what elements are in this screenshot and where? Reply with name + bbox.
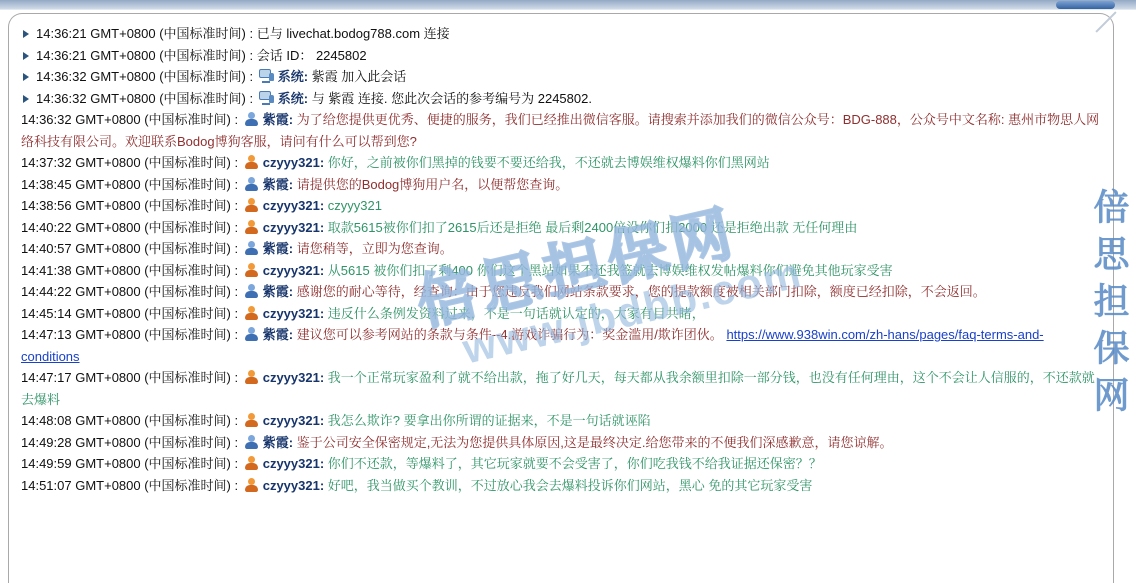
monitor-base-shape	[262, 81, 270, 83]
person-head-shape	[248, 155, 255, 162]
timestamp: 14:40:22 GMT+0800 (中国标准时间) :	[21, 220, 242, 235]
window-top-edge	[0, 0, 1136, 10]
person-body-shape	[245, 313, 258, 320]
horizontal-scrollbar-thumb[interactable]	[1056, 1, 1115, 9]
timestamp: 14:36:32 GMT+0800 (中国标准时间) :	[36, 91, 257, 106]
message-text: 建议您可以参考网站的条款与条件--4.游戏诈骗行为：奖金滥用/欺诈团伙。	[297, 327, 723, 342]
sender-name: 紫霞:	[263, 241, 293, 256]
person-head-shape	[248, 241, 255, 248]
chat-message-row: 14:40:57 GMT+0800 (中国标准时间) : 紫霞: 请您稍等，立即…	[21, 238, 1101, 260]
message-text: 你好，之前被你们黑掉的钱要不要还给我，不还就去博娱维权爆料你们黑网站	[328, 155, 770, 170]
chat-message-row: 14:48:08 GMT+0800 (中国标准时间) : czyyy321: 我…	[21, 410, 1101, 432]
person-body-shape	[245, 184, 258, 191]
person-body-shape	[245, 485, 258, 492]
timestamp: 14:41:38 GMT+0800 (中国标准时间) :	[21, 263, 242, 278]
system-icon	[259, 69, 274, 83]
agent-user-icon	[244, 435, 259, 449]
visitor-user-icon	[244, 198, 259, 212]
timestamp: 14:36:21 GMT+0800 (中国标准时间) :	[36, 48, 257, 63]
visitor-user-icon	[244, 456, 259, 470]
sender-name: 系统:	[278, 69, 308, 84]
sender-name: 紫霞:	[263, 177, 293, 192]
timestamp: 14:48:08 GMT+0800 (中国标准时间) :	[21, 413, 242, 428]
person-body-shape	[245, 162, 258, 169]
visitor-user-icon	[244, 155, 259, 169]
person-head-shape	[248, 306, 255, 313]
person-head-shape	[248, 198, 255, 205]
chat-message-row: 14:49:28 GMT+0800 (中国标准时间) : 紫霞: 鉴于公司安全保…	[21, 432, 1101, 454]
chat-message-row: 14:40:22 GMT+0800 (中国标准时间) : czyyy321: 取…	[21, 217, 1101, 239]
sender-name: 紫霞:	[263, 112, 293, 127]
sender-name: czyyy321:	[263, 413, 324, 428]
person-head-shape	[248, 478, 255, 485]
timestamp: 14:38:45 GMT+0800 (中国标准时间) :	[21, 177, 242, 192]
message-text: 违反什么条例发资料过来，不是一句话就认定的，大家有目共睹，	[328, 306, 705, 321]
agent-user-icon	[244, 327, 259, 341]
sender-name: 紫霞:	[263, 327, 293, 342]
person-shape	[269, 73, 274, 81]
sender-name: 紫霞:	[263, 284, 293, 299]
sender-name: czyyy321:	[263, 456, 324, 471]
sender-name: czyyy321:	[263, 198, 324, 213]
sender-name: czyyy321:	[263, 306, 324, 321]
chat-transcript-panel: 14:36:21 GMT+0800 (中国标准时间) : 已与 livechat…	[8, 13, 1114, 576]
message-text: 紫霞 加入此会话	[312, 69, 407, 84]
message-text: 会话 ID： 2245802	[257, 48, 367, 63]
monitor-base-shape	[262, 103, 270, 105]
person-body-shape	[245, 420, 258, 427]
message-text: 请您稍等，立即为您查询。	[297, 241, 453, 256]
chat-message-row: 14:49:59 GMT+0800 (中国标准时间) : czyyy321: 你…	[21, 453, 1101, 475]
chat-message-row: 14:36:21 GMT+0800 (中国标准时间) : 会话 ID： 2245…	[21, 45, 1101, 67]
message-text: czyyy321	[328, 198, 382, 213]
sender-name: czyyy321:	[263, 220, 324, 235]
visitor-user-icon	[244, 220, 259, 234]
visitor-user-icon	[244, 413, 259, 427]
timestamp: 14:47:17 GMT+0800 (中国标准时间) :	[21, 370, 242, 385]
person-body-shape	[245, 334, 258, 341]
timestamp: 14:49:28 GMT+0800 (中国标准时间) :	[21, 435, 242, 450]
sender-name: czyyy321:	[263, 263, 324, 278]
timestamp: 14:45:14 GMT+0800 (中国标准时间) :	[21, 306, 242, 321]
person-head-shape	[248, 284, 255, 291]
system-icon	[259, 91, 274, 105]
timestamp: 14:36:32 GMT+0800 (中国标准时间) :	[36, 69, 257, 84]
corner-fold-decoration	[1095, 11, 1116, 32]
agent-user-icon	[244, 284, 259, 298]
sender-name: czyyy321:	[263, 370, 324, 385]
timestamp: 14:37:32 GMT+0800 (中国标准时间) :	[21, 155, 242, 170]
message-text: 我怎么欺诈? 要拿出你所谓的证据来，不是一句话就诬陷	[328, 413, 651, 428]
message-text: 已与 livechat.bodog788.com 连接	[257, 26, 450, 41]
message-text: 你们不还款，等爆料了，其它玩家就要不会受害了，你们吃我钱不给我证据还保密？？	[328, 456, 822, 471]
visitor-user-icon	[244, 478, 259, 492]
sender-name: 系统:	[278, 91, 308, 106]
timestamp: 14:49:59 GMT+0800 (中国标准时间) :	[21, 456, 242, 471]
person-body-shape	[245, 248, 258, 255]
person-body-shape	[245, 205, 258, 212]
message-text: 鉴于公司安全保密规定,无法为您提供具体原因,这是最终决定.给您带来的不便我们深感…	[297, 435, 893, 450]
sender-name: czyyy321:	[263, 155, 324, 170]
person-head-shape	[248, 370, 255, 377]
person-head-shape	[248, 413, 255, 420]
chat-message-row: 14:38:45 GMT+0800 (中国标准时间) : 紫霞: 请提供您的Bo…	[21, 174, 1101, 196]
arrow-bullet-icon	[23, 95, 29, 103]
agent-user-icon	[244, 241, 259, 255]
person-head-shape	[248, 177, 255, 184]
chat-message-row: 14:44:22 GMT+0800 (中国标准时间) : 紫霞: 感谢您的耐心等…	[21, 281, 1101, 303]
sender-name: 紫霞:	[263, 435, 293, 450]
chat-message-row: 14:36:32 GMT+0800 (中国标准时间) : 系统: 紫霞 加入此会…	[21, 66, 1101, 88]
chat-message-row: 14:37:32 GMT+0800 (中国标准时间) : czyyy321: 你…	[21, 152, 1101, 174]
person-head-shape	[248, 327, 255, 334]
arrow-bullet-icon	[23, 73, 29, 81]
timestamp: 14:51:07 GMT+0800 (中国标准时间) :	[21, 478, 242, 493]
person-head-shape	[248, 456, 255, 463]
chat-message-row: 14:36:32 GMT+0800 (中国标准时间) : 紫霞: 为了给您提供更…	[21, 109, 1101, 152]
person-head-shape	[248, 435, 255, 442]
visitor-user-icon	[244, 263, 259, 277]
person-head-shape	[248, 112, 255, 119]
chat-message-row: 14:51:07 GMT+0800 (中国标准时间) : czyyy321: 好…	[21, 475, 1101, 497]
timestamp: 14:44:22 GMT+0800 (中国标准时间) :	[21, 284, 242, 299]
person-head-shape	[248, 263, 255, 270]
person-shape	[269, 95, 274, 103]
chat-message-row: 14:36:32 GMT+0800 (中国标准时间) : 系统: 与 紫霞 连接…	[21, 88, 1101, 110]
chat-message-row: 14:47:13 GMT+0800 (中国标准时间) : 紫霞: 建议您可以参考…	[21, 324, 1101, 367]
chat-message-row: 14:38:56 GMT+0800 (中国标准时间) : czyyy321: c…	[21, 195, 1101, 217]
visitor-user-icon	[244, 370, 259, 384]
message-text: 好吧，我当做买个教训，不过放心我会去爆料投诉你们网站，黑心 免的其它玩家受害	[328, 478, 813, 493]
timestamp: 14:38:56 GMT+0800 (中国标准时间) :	[21, 198, 242, 213]
message-text: 从5615 被你们扣了剩400 你们这个黑站如果不还我签就去博娱维权发帖爆料你们…	[328, 263, 893, 278]
person-body-shape	[245, 119, 258, 126]
agent-user-icon	[244, 112, 259, 126]
person-body-shape	[245, 227, 258, 234]
message-text: 取款5615被你们扣了2615后还是拒绝 最后剩2400倍没你们扣2000 还是…	[328, 220, 858, 235]
arrow-bullet-icon	[23, 52, 29, 60]
chat-message-row: 14:47:17 GMT+0800 (中国标准时间) : czyyy321: 我…	[21, 367, 1101, 410]
chat-message-row: 14:36:21 GMT+0800 (中国标准时间) : 已与 livechat…	[21, 23, 1101, 45]
chat-message-row: 14:41:38 GMT+0800 (中国标准时间) : czyyy321: 从…	[21, 260, 1101, 282]
visitor-user-icon	[244, 306, 259, 320]
person-body-shape	[245, 377, 258, 384]
sender-name: czyyy321:	[263, 478, 324, 493]
message-text: 与 紫霞 连接. 您此次会话的参考编号为 2245802.	[312, 91, 592, 106]
timestamp: 14:36:32 GMT+0800 (中国标准时间) :	[21, 112, 242, 127]
message-list: 14:36:21 GMT+0800 (中国标准时间) : 已与 livechat…	[21, 23, 1101, 496]
person-body-shape	[245, 463, 258, 470]
person-body-shape	[245, 270, 258, 277]
agent-user-icon	[244, 177, 259, 191]
person-head-shape	[248, 220, 255, 227]
message-text: 请提供您的Bodog博狗用户名，以便帮您查询。	[297, 177, 569, 192]
person-body-shape	[245, 291, 258, 298]
timestamp: 14:36:21 GMT+0800 (中国标准时间) :	[36, 26, 257, 41]
timestamp: 14:40:57 GMT+0800 (中国标准时间) :	[21, 241, 242, 256]
person-body-shape	[245, 442, 258, 449]
timestamp: 14:47:13 GMT+0800 (中国标准时间) :	[21, 327, 242, 342]
arrow-bullet-icon	[23, 30, 29, 38]
message-text: 感谢您的耐心等待，经查询：由于您违反我们网站条款要求，您的提款额度被相关部门扣除…	[297, 284, 986, 299]
chat-message-row: 14:45:14 GMT+0800 (中国标准时间) : czyyy321: 违…	[21, 303, 1101, 325]
